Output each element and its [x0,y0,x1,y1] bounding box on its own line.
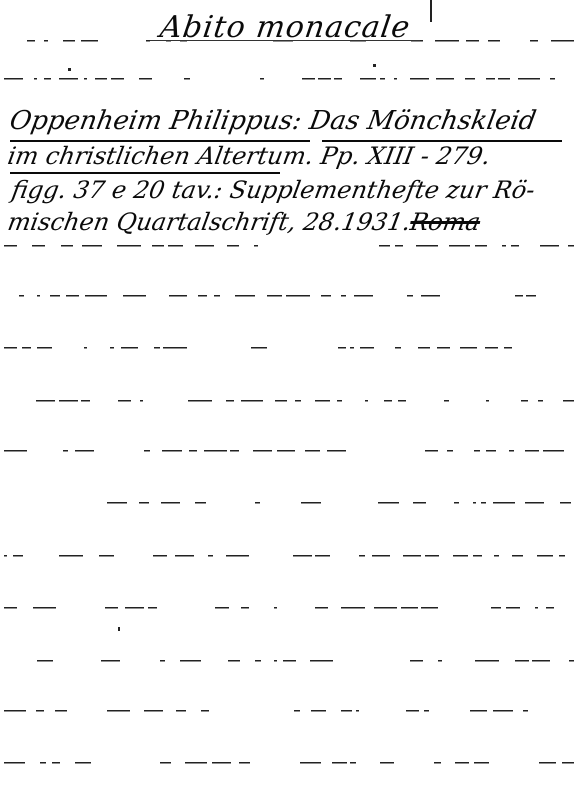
stray-dot [373,64,376,67]
heading-underline [150,40,420,41]
entry-line-4: mischen Quartalschrift, 28.1931.Roma [6,208,483,236]
entry-line-3: figg. 37 e 20 tav.: Supplementhefte zur … [10,176,538,204]
entry-line-4-text: mischen Quartalschrift, 28.1931. [6,208,413,236]
ruled-line [0,78,574,80]
ruled-line [0,660,574,662]
ruled-line [0,607,574,609]
struck-text: Roma [408,208,483,236]
stray-dot [68,68,71,71]
ruled-line [0,762,574,764]
ruled-line [0,502,574,504]
ruled-line [0,710,574,712]
ruled-line [0,555,574,557]
edge-mark [430,0,432,22]
title-underline-2 [10,172,280,174]
stray-dot [118,627,120,631]
catalog-card: Abito monacale Oppenheim Philippus: Das … [0,0,574,800]
ruled-line [0,245,574,247]
ruled-line [0,400,574,402]
ruled-line [0,295,574,297]
ruled-line [0,347,574,349]
card-heading: Abito monacale [157,10,423,50]
entry-line-2: im christlichen Altertum. Pp. XIII - 279… [6,142,493,170]
ruled-line [0,450,574,452]
entry-line-1: Oppenheim Philippus: Das Mönchskleid [7,106,538,136]
